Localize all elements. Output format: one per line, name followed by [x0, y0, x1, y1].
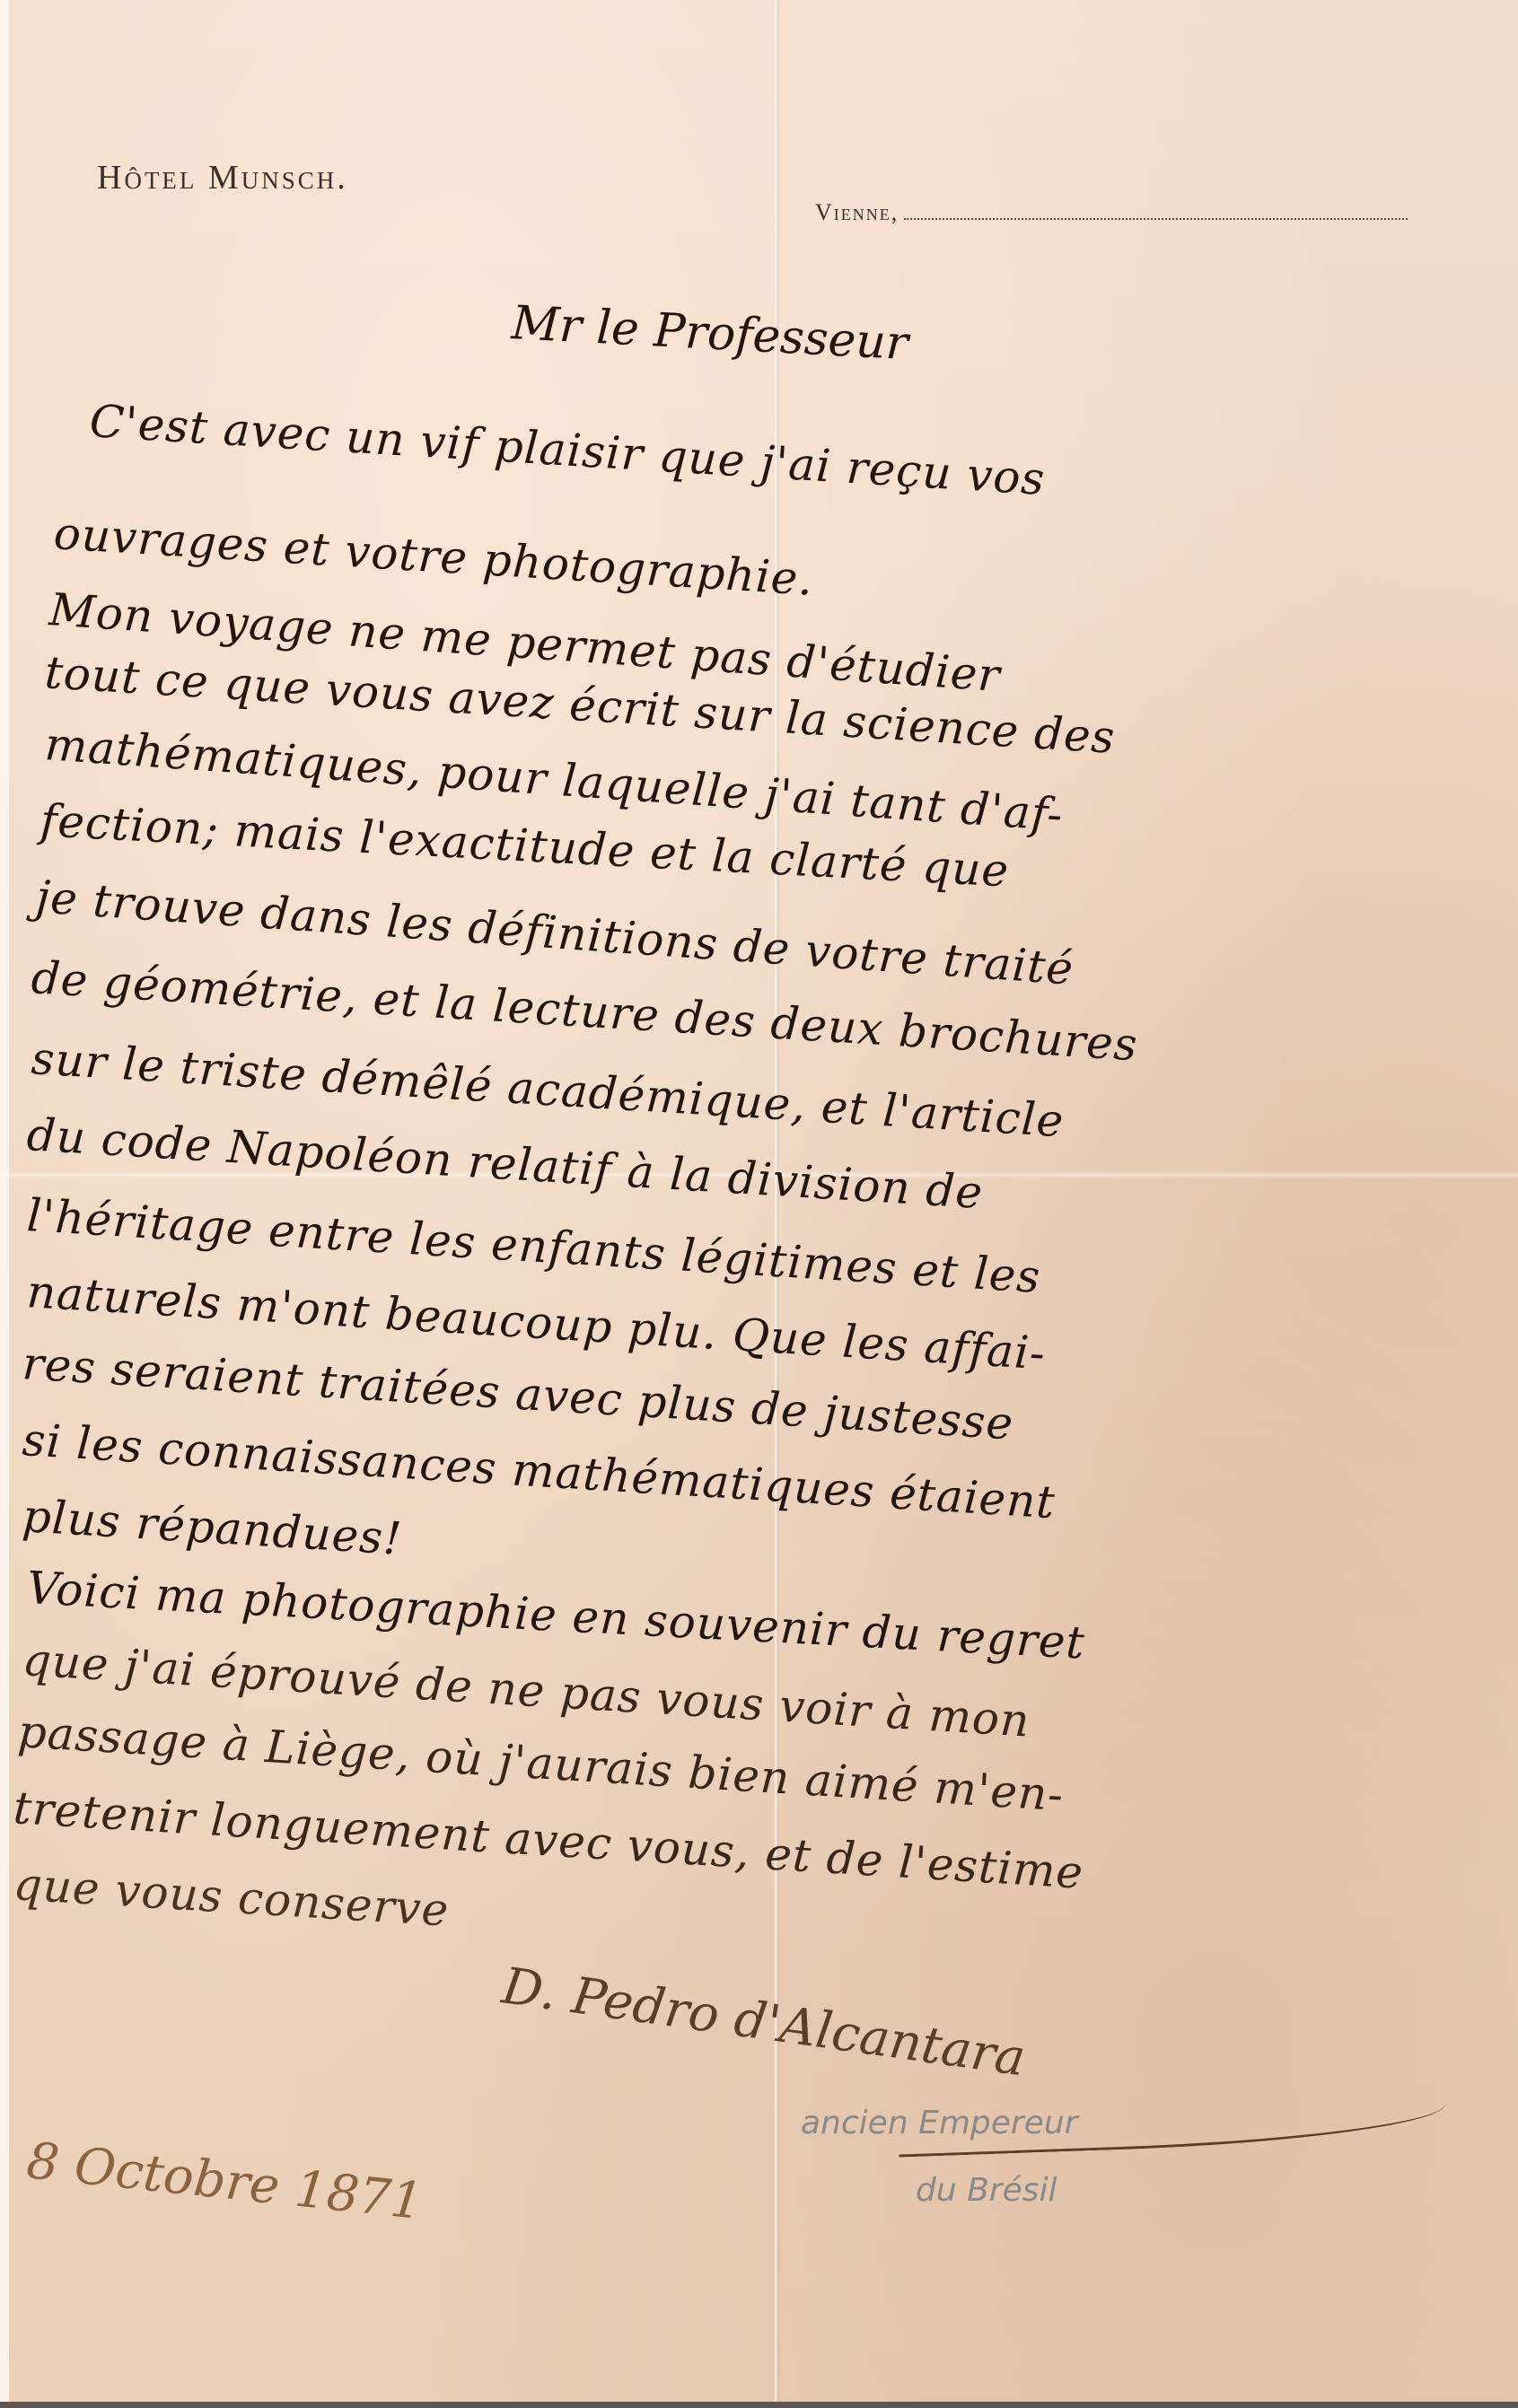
place-label: Vienne, [815, 199, 899, 226]
pencil-annotation-line2: du Brésil [916, 2172, 1057, 2209]
hotel-letterhead: Hôtel Munsch. [97, 158, 348, 197]
scan-bottom-edge [0, 2402, 1518, 2408]
dotted-date-field [904, 202, 1408, 220]
scan-left-margin [0, 0, 9, 2408]
pencil-annotation-line1: ancien Empereur [801, 2105, 1077, 2141]
place-date-line: Vienne, [815, 199, 1408, 226]
